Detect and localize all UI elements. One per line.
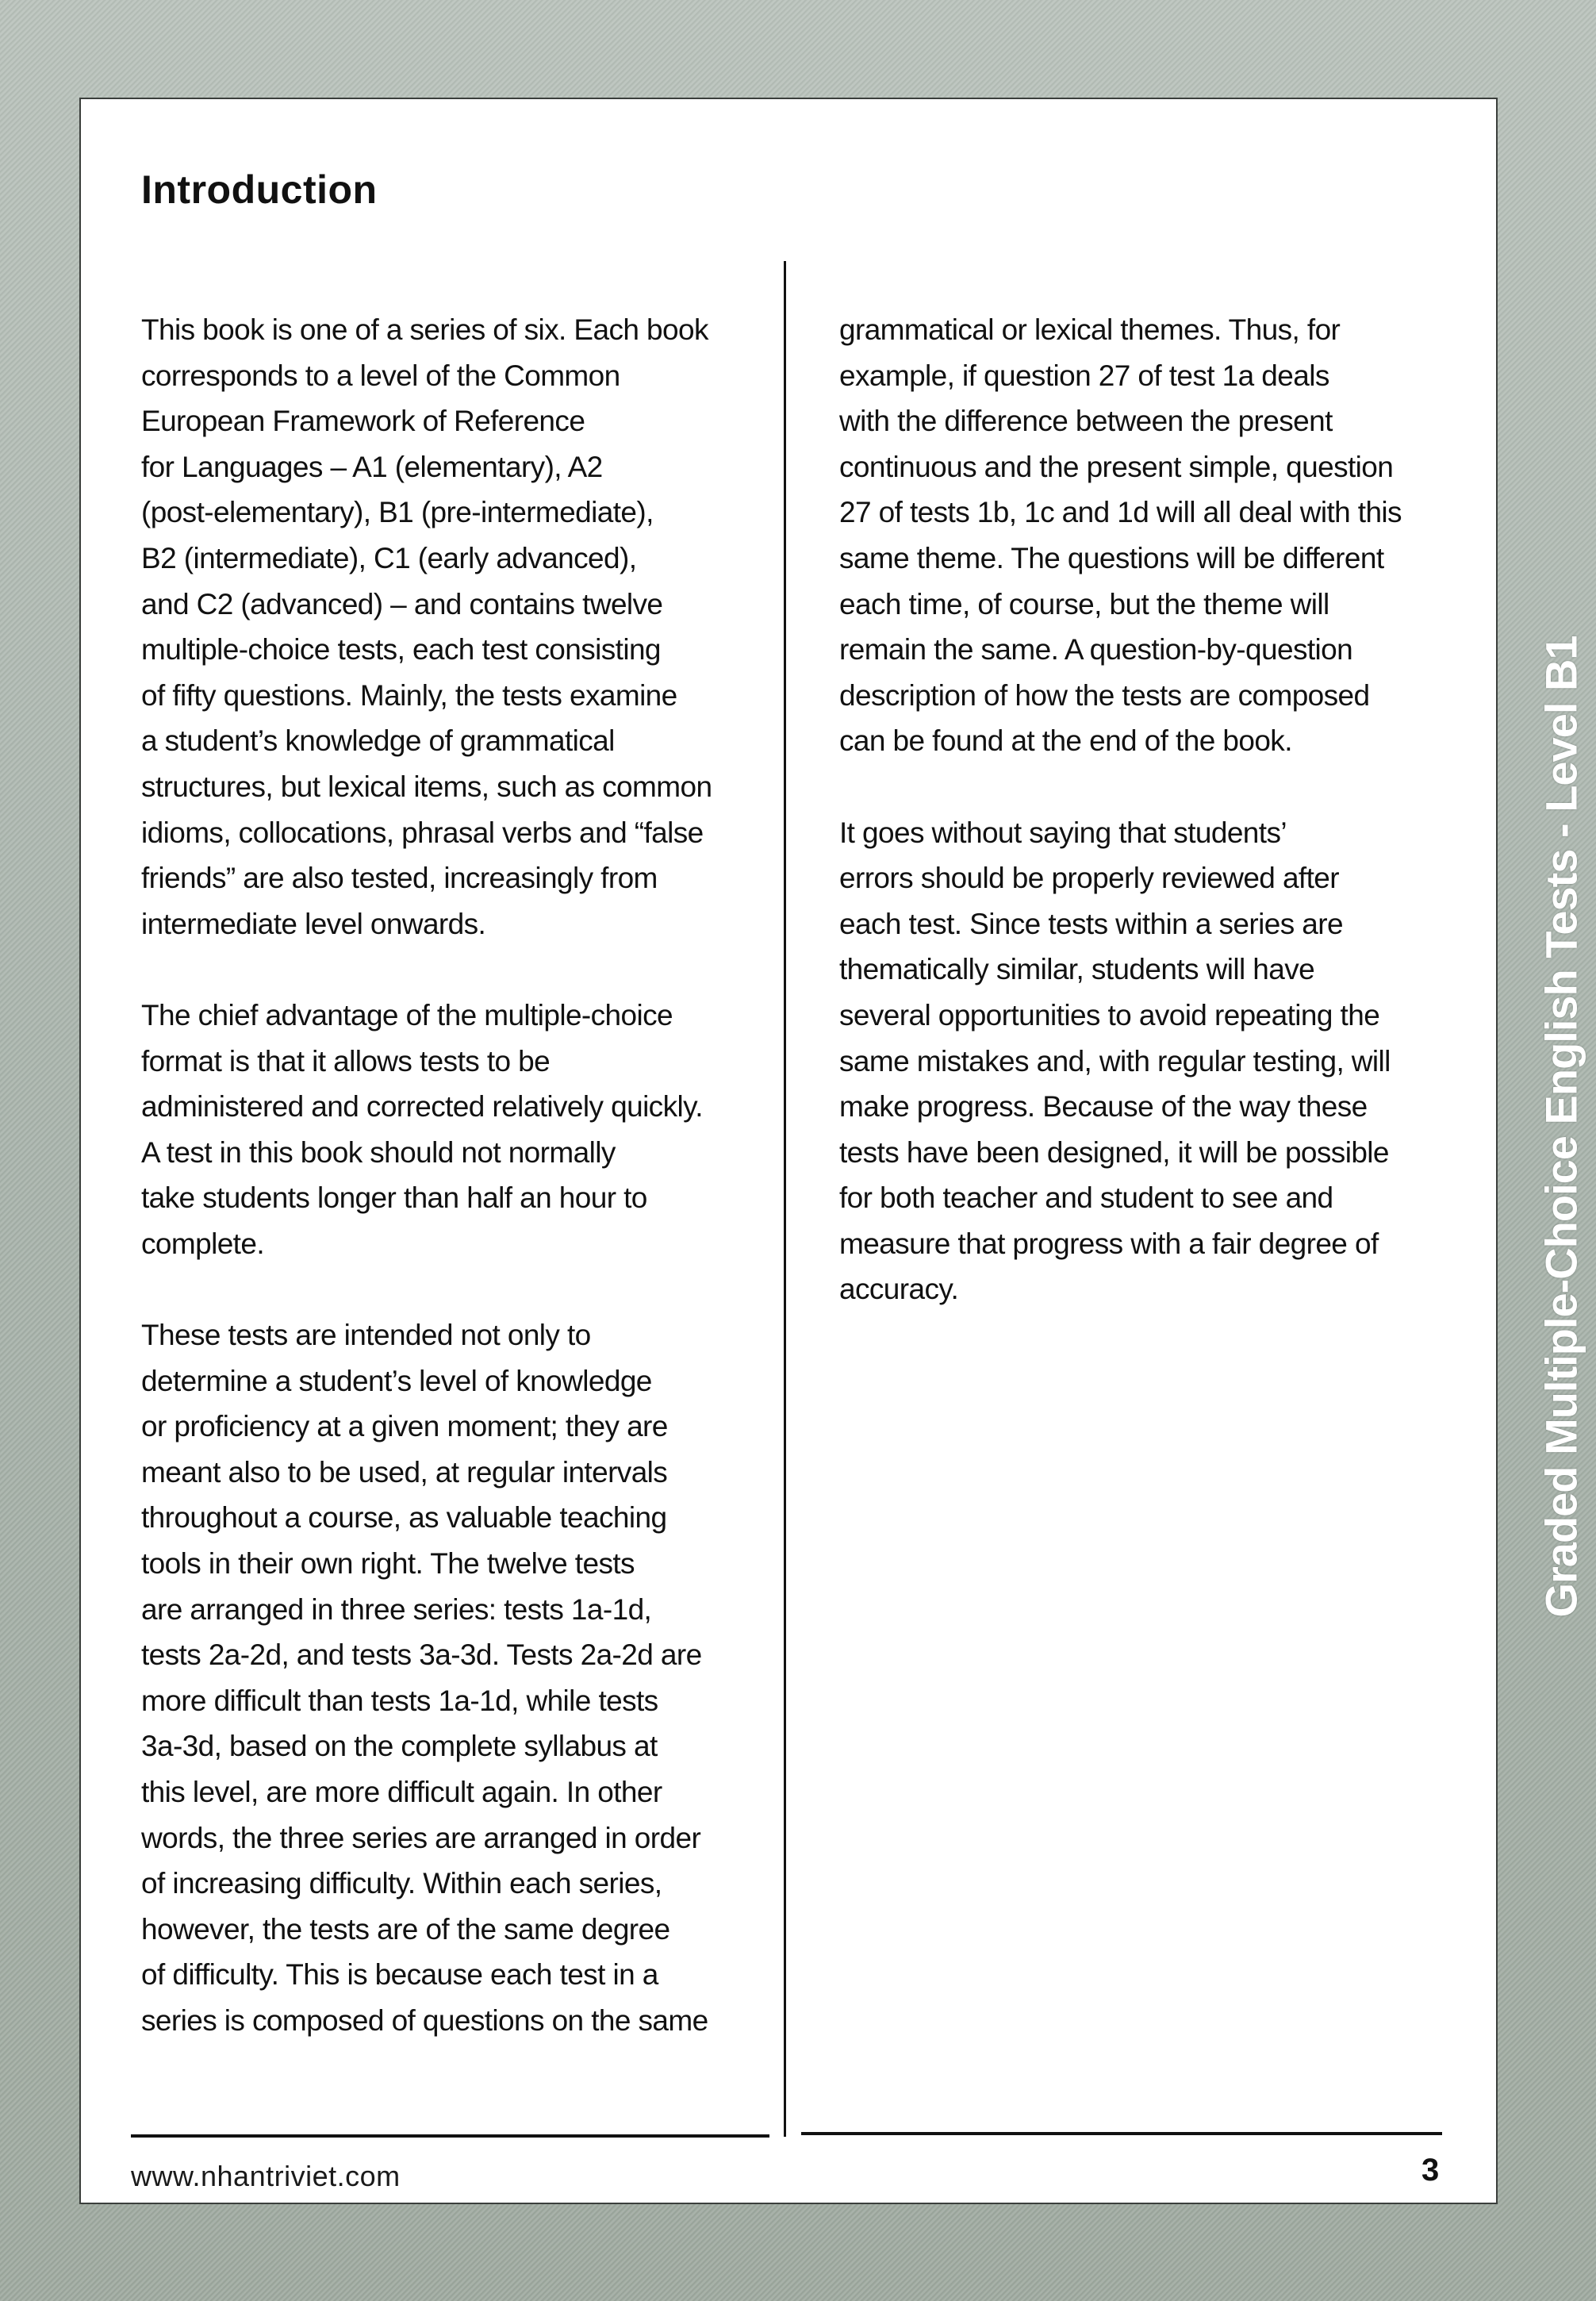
text-line: several opportunities to avoid repeating… [839,993,1474,1039]
text-line: more difficult than tests 1a-1d, while t… [141,1678,776,1724]
text-line: tests 2a-2d, and tests 3a-3d. Tests 2a-2… [141,1632,776,1678]
text-line: A test in this book should not normally [141,1130,776,1176]
text-line: and C2 (advanced) – and contains twelve [141,582,776,628]
text-line: throughout a course, as valuable teachin… [141,1495,776,1541]
text-line: or proficiency at a given moment; they a… [141,1404,776,1450]
text-line: determine a student’s level of knowledge [141,1358,776,1404]
text-line: each time, of course, but the theme will [839,582,1474,628]
paragraph-gap [839,764,1474,810]
text-line: administered and corrected relatively qu… [141,1084,776,1130]
text-line: meant also to be used, at regular interv… [141,1450,776,1496]
text-line: idioms, collocations, phrasal verbs and … [141,810,776,856]
text-line: friends” are also tested, increasingly f… [141,855,776,901]
text-line: of increasing difficulty. Within each se… [141,1861,776,1907]
text-line: errors should be properly reviewed after [839,855,1474,901]
text-line: a student’s knowledge of grammatical [141,718,776,764]
footer-rule-left [131,2134,769,2138]
text-line: B2 (intermediate), C1 (early advanced), [141,536,776,582]
right-column: grammatical or lexical themes. Thus, for… [839,307,1474,1312]
text-line: are arranged in three series: tests 1a-1… [141,1587,776,1633]
text-line: European Framework of Reference [141,398,776,444]
text-line: with the difference between the present [839,398,1474,444]
paragraph-gap [141,947,776,993]
text-line: of fifty questions. Mainly, the tests ex… [141,673,776,719]
text-line: make progress. Because of the way these [839,1084,1474,1130]
left-column: This book is one of a series of six. Eac… [141,307,776,2044]
text-line: accuracy. [839,1266,1474,1312]
text-line: The chief advantage of the multiple-choi… [141,993,776,1039]
text-line: complete. [141,1221,776,1267]
text-line: measure that progress with a fair degree… [839,1221,1474,1267]
text-line: continuous and the present simple, quest… [839,444,1474,490]
text-line: example, if question 27 of test 1a deals [839,353,1474,399]
column-divider [784,261,786,2137]
text-line: of difficulty. This is because each test… [141,1952,776,1998]
page-title: Introduction [141,167,378,213]
text-line: take students longer than half an hour t… [141,1175,776,1221]
footer-url: www.nhantriviet.com [131,2160,401,2193]
text-line: same theme. The questions will be differ… [839,536,1474,582]
text-line: format is that it allows tests to be [141,1039,776,1085]
text-line: tests have been designed, it will be pos… [839,1130,1474,1176]
text-line: multiple-choice tests, each test consist… [141,627,776,673]
text-line: for Languages – A1 (elementary), A2 [141,444,776,490]
text-line: It goes without saying that students’ [839,810,1474,856]
text-line: description of how the tests are compose… [839,673,1474,719]
text-line: corresponds to a level of the Common [141,353,776,399]
text-line: grammatical or lexical themes. Thus, for [839,307,1474,353]
page-number: 3 [1421,2153,1439,2188]
text-line: series is composed of questions on the s… [141,1998,776,2044]
text-line: thematically similar, students will have [839,947,1474,993]
text-line: These tests are intended not only to [141,1312,776,1358]
footer-rule-right [801,2132,1442,2135]
book-page: Introduction This book is one of a serie… [79,98,1498,2204]
text-line: This book is one of a series of six. Eac… [141,307,776,353]
text-line: intermediate level onwards. [141,901,776,947]
text-line: 27 of tests 1b, 1c and 1d will all deal … [839,490,1474,536]
paragraph-gap [141,1266,776,1312]
text-line: tools in their own right. The twelve tes… [141,1541,776,1587]
text-line: remain the same. A question-by-question [839,627,1474,673]
text-line: structures, but lexical items, such as c… [141,764,776,810]
side-tab-label: Graded Multiple-Choice English Tests - L… [1536,636,1587,1617]
text-line: same mistakes and, with regular testing,… [839,1039,1474,1085]
text-line: can be found at the end of the book. [839,718,1474,764]
text-line: this level, are more difficult again. In… [141,1769,776,1815]
text-line: (post-elementary), B1 (pre-intermediate)… [141,490,776,536]
text-line: words, the three series are arranged in … [141,1815,776,1861]
text-line: for both teacher and student to see and [839,1175,1474,1221]
text-line: each test. Since tests within a series a… [839,901,1474,947]
text-line: 3a-3d, based on the complete syllabus at [141,1723,776,1769]
text-line: however, the tests are of the same degre… [141,1907,776,1953]
